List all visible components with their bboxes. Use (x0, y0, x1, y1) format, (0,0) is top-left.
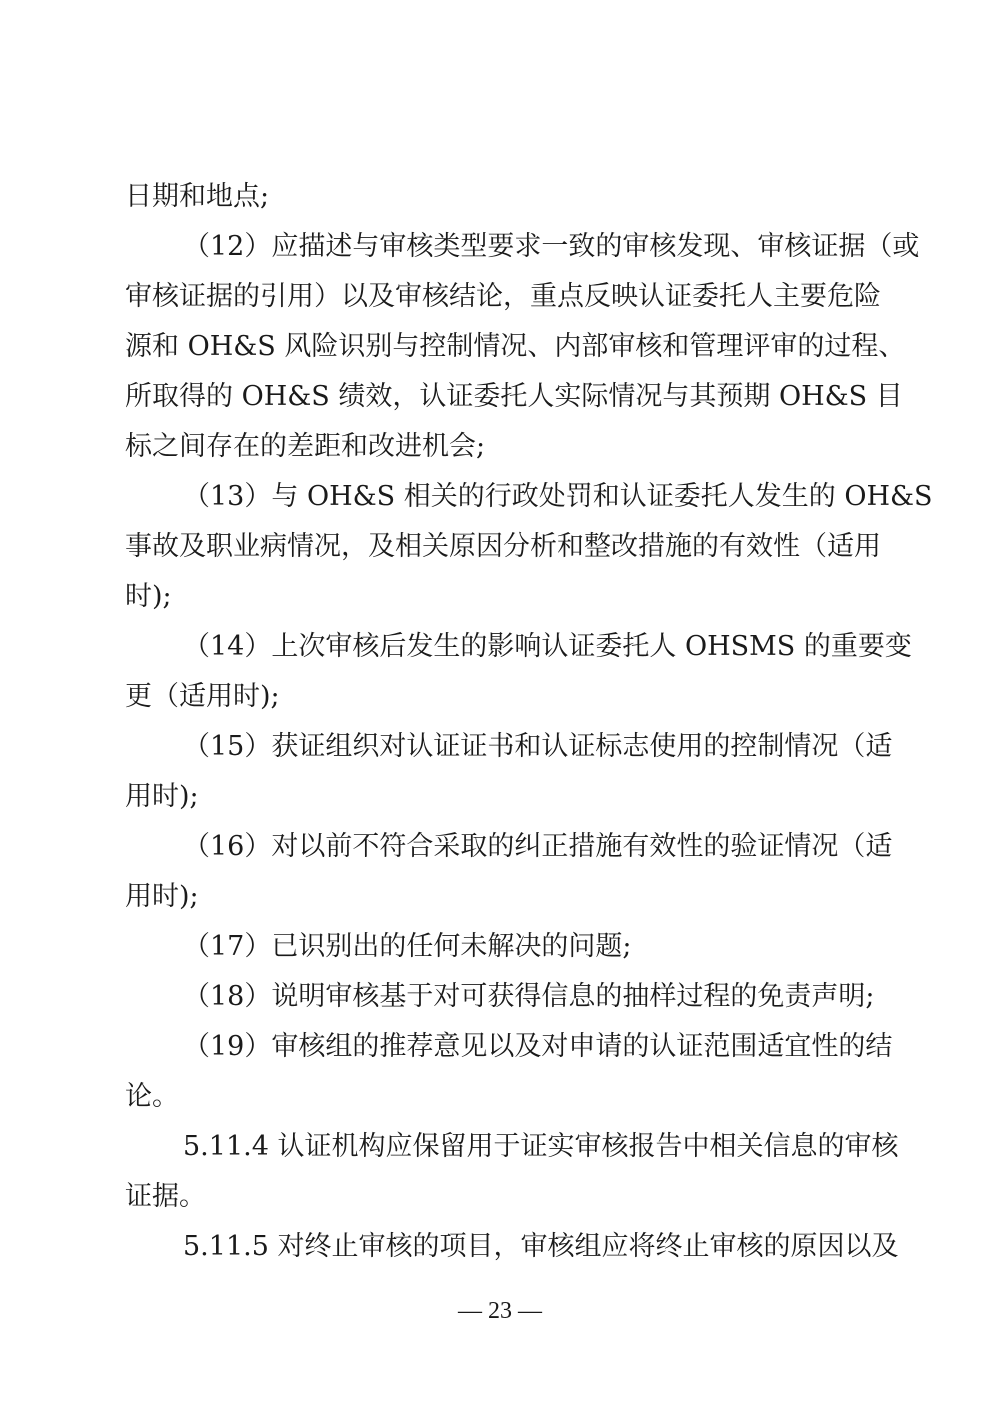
text-line: 论。 (125, 1081, 877, 1113)
text-line: 标之间存在的差距和改进机会; (125, 431, 877, 463)
text-line: 更（适用时); (125, 681, 877, 713)
text-line: （19）审核组的推荐意见以及对申请的认证范围适宜性的结 (183, 1031, 877, 1063)
text-line: （15）获证组织对认证证书和认证标志使用的控制情况（适 (183, 731, 877, 763)
text-line: 5.11.5 对终止审核的项目，审核组应将终止审核的原因以及 (183, 1231, 877, 1263)
text-line: 用时); (125, 881, 877, 913)
text-line: （13）与 OH&S 相关的行政处罚和认证委托人发生的 OH&S (183, 481, 877, 513)
text-line: 用时); (125, 781, 877, 813)
text-line: 日期和地点; (125, 181, 877, 213)
text-line: 时); (125, 581, 877, 613)
text-line: （14）上次审核后发生的影响认证委托人 OHSMS 的重要变 (183, 631, 877, 663)
text-line: 事故及职业病情况，及相关原因分析和整改措施的有效性（适用 (125, 531, 877, 563)
page-number: — 23 — (0, 1298, 1000, 1325)
text-line: 审核证据的引用）以及审核结论，重点反映认证委托人主要危险 (125, 281, 877, 313)
text-line: 所取得的 OH&S 绩效，认证委托人实际情况与其预期 OH&S 目 (125, 381, 877, 413)
document-page: 日期和地点; （12）应描述与审核类型要求一致的审核发现、审核证据（或 审核证据… (0, 0, 1000, 1414)
text-line: （16）对以前不符合采取的纠正措施有效性的验证情况（适 (183, 831, 877, 863)
text-line: 证据。 (125, 1181, 877, 1213)
text-line: 5.11.4 认证机构应保留用于证实审核报告中相关信息的审核 (183, 1131, 877, 1163)
text-line: （12）应描述与审核类型要求一致的审核发现、审核证据（或 (183, 231, 877, 263)
text-line: 源和 OH&S 风险识别与控制情况、内部审核和管理评审的过程、 (125, 331, 877, 363)
text-line: （18）说明审核基于对可获得信息的抽样过程的免责声明; (183, 981, 877, 1013)
text-line: （17）已识别出的任何未解决的问题; (183, 931, 877, 963)
